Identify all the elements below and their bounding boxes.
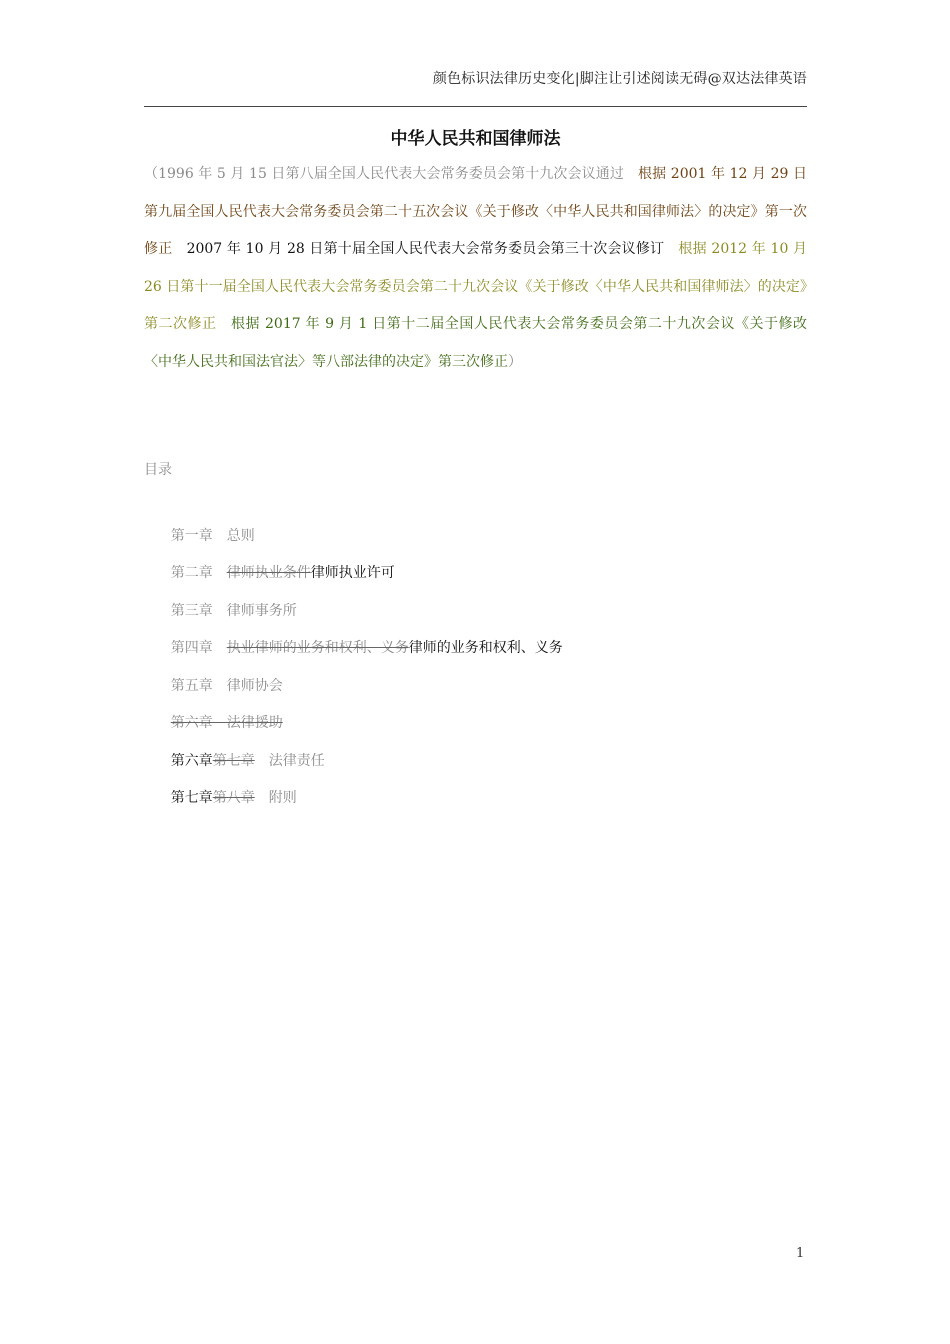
- deleted-chapter-title: 律师执业条件: [227, 565, 311, 581]
- new-chapter-number: 第七章: [171, 790, 213, 806]
- deleted-chapter: 第六章 法律援助: [171, 715, 283, 731]
- chapter-title: 附则: [269, 790, 297, 806]
- chapter-number: 第五章: [171, 678, 213, 694]
- toc-heading: 目录: [144, 456, 563, 494]
- chapter-title: 总则: [227, 528, 255, 544]
- history-2007-revision: 2007 年 10 月 28 日第十届全国人民代表大会常务委员会第三十次会议修订: [187, 241, 679, 257]
- deleted-chapter-number: 第七章: [213, 753, 255, 769]
- chapter-title: 律师事务所: [227, 603, 297, 619]
- chapter-number: 第二章: [171, 565, 213, 581]
- document-title: 中华人民共和国律师法: [144, 124, 807, 149]
- legislative-history: （1996 年 5 月 15 日第八届全国人民代表大会常务委员会第十九次会议通过…: [144, 156, 807, 381]
- chapter-title: 法律责任: [269, 753, 325, 769]
- new-chapter-number: 第六章: [171, 753, 213, 769]
- document-page: 颜色标识法律历史变化|脚注让引述阅读无碍@双达法律英语 中华人民共和国律师法 （…: [0, 0, 950, 1344]
- new-chapter-title: 律师的业务和权利、义务: [409, 640, 563, 656]
- chapter-number: 第四章: [171, 640, 213, 656]
- table-of-contents: 目录 第一章 总则 第二章 律师执业条件律师执业许可 第三章 律师事务所 第四章…: [144, 456, 563, 794]
- history-closing-paren: ）: [508, 354, 522, 370]
- history-2017-amendment: 根据 2017 年 9 月 1 日第十二届全国人民代表大会常务委员会第二十九次会…: [144, 316, 807, 370]
- deleted-chapter-title: 执业律师的业务和权利、义务: [227, 640, 409, 656]
- new-chapter-title: 律师执业许可: [311, 565, 395, 581]
- chapter-number: 第三章: [171, 603, 213, 619]
- page-number: 1: [796, 1246, 804, 1261]
- deleted-chapter-number: 第八章: [213, 790, 255, 806]
- header-divider: [144, 106, 807, 107]
- chapter-title: 律师协会: [227, 678, 283, 694]
- chapter-number: 第一章: [171, 528, 213, 544]
- history-1996-adoption: （1996 年 5 月 15 日第八届全国人民代表大会常务委员会第十九次会议通过: [144, 166, 638, 182]
- page-header: 颜色标识法律历史变化|脚注让引述阅读无碍@双达法律英语: [433, 68, 807, 88]
- toc-chapter-1[interactable]: 第一章 总则: [144, 494, 563, 532]
